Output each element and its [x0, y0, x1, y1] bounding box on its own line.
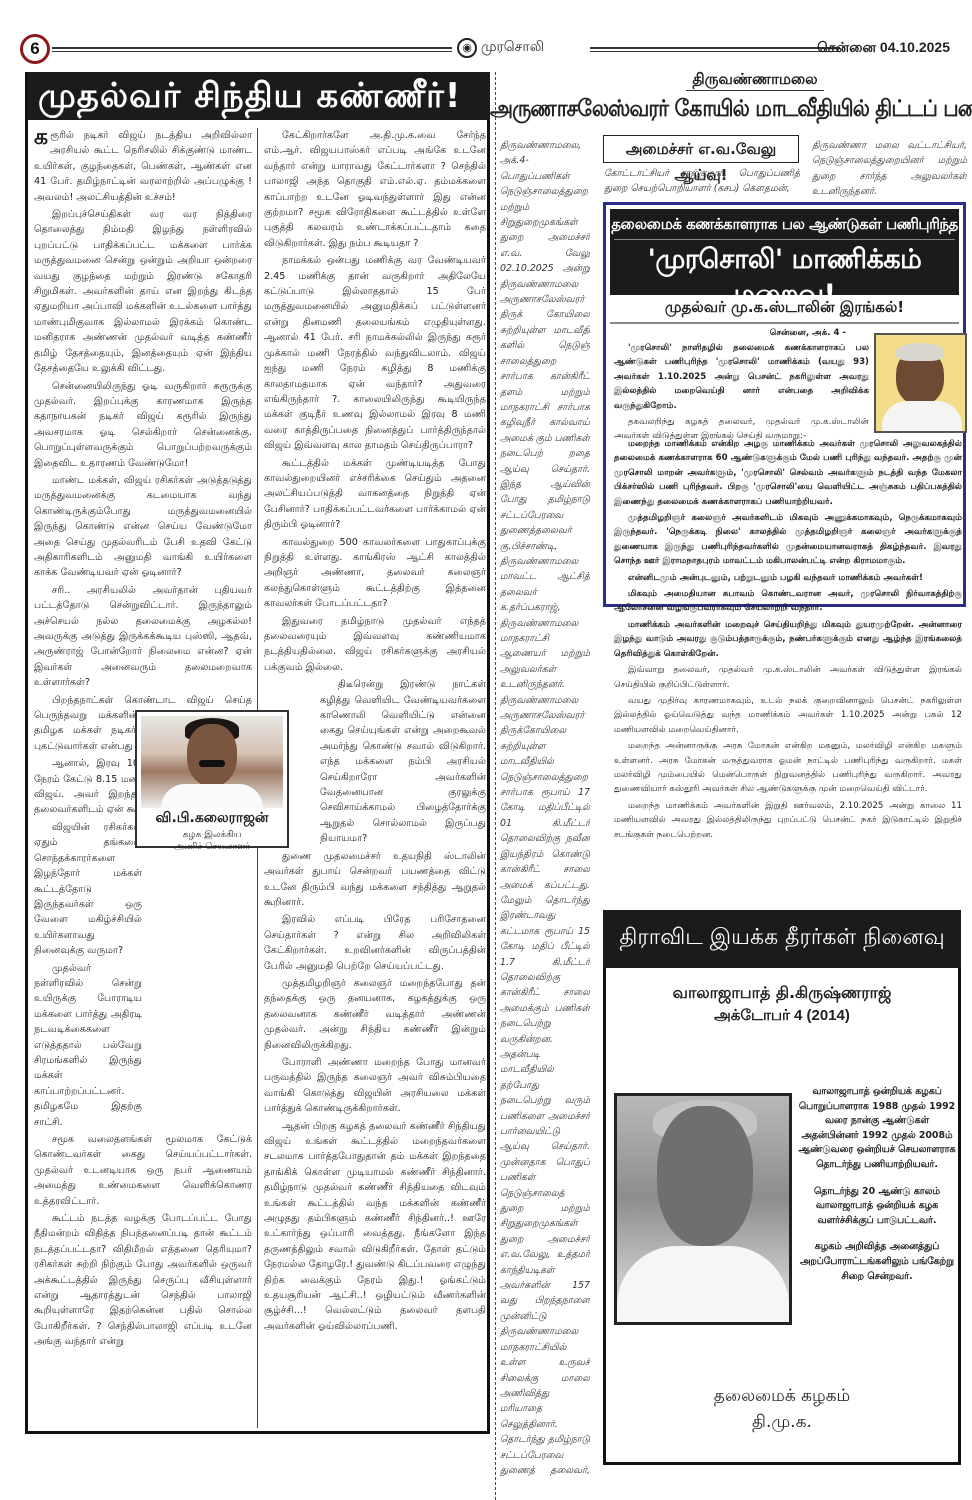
column-divider-dotted	[495, 72, 496, 1500]
paragraph: சென்னையிலிருந்து ஓடி வருகிறார் கரூருக்கு…	[34, 379, 252, 471]
paragraph: திடீரென்று இரண்டு நாட்கள் கழித்து வெளியி…	[264, 677, 486, 846]
paragraph: மாணிக்கம் அவர்களின் மறைவுச் செய்தியறிந்த…	[614, 618, 962, 661]
paragraph: இதுவரை தமிழ்நாடு முதல்வர் எந்தத் தலைவரைய…	[264, 614, 486, 676]
author-box: வி.பி.கலைராஜன் கழக இலக்கிய அணிச் செயலாளர…	[135, 710, 289, 848]
paragraph: மாண்ட மக்கள், விஜய் ரசிகர்கள் அடுத்தடுத்…	[34, 473, 252, 581]
obituary-intro: 'முரசொலி' நாளிதழில் தலைமைக் கணக்காளராகப்…	[614, 341, 869, 446]
paragraph: இரவில் எப்படி பிரேத பரிசோதனை செய்தார்கள்…	[264, 912, 486, 974]
paragraph: சமூக வலைதளங்கள் மூலமாக கேட்டுக் கொண்டவர்…	[34, 1132, 252, 1209]
remembrance-name: வாலாஜாபாத் தி.கிருஷ்ணராஜ்	[606, 983, 958, 1004]
paragraph: மறைந்த அன்னாருக்கு அரசு மோகன் என்கிற மகன…	[614, 739, 962, 797]
paragraph: 'முரசொலி' நாளிதழில் தலைமைக் கணக்காளராகப்…	[614, 341, 869, 413]
header-rule-left	[52, 47, 452, 52]
dateline: சென்னை 04.10.2025	[817, 39, 950, 58]
signature-line2: தி.மு.க.	[606, 1409, 958, 1435]
obituary-photo	[874, 333, 967, 433]
newspaper-page: 6 ◉ முரசொலி சென்னை 04.10.2025 முதல்வர் ச…	[0, 0, 972, 1500]
page-header: 6 ◉ முரசொலி சென்னை 04.10.2025	[20, 34, 950, 68]
remembrance-bio: வாலாஜாபாத் ஒன்றியக் கழகப் பொறுப்பாளராக 1…	[798, 1085, 956, 1296]
paragraph: மறைந்த மாணிக்கம் என்கிற அழகு மாணிக்கம் அ…	[614, 437, 962, 509]
obituary-body: மறைந்த மாணிக்கம் என்கிற அழகு மாணிக்கம் அ…	[614, 437, 962, 844]
masthead-title: முரசொலி	[481, 39, 544, 57]
obituary-banner: தலைமைக் கணக்காளராக பல ஆண்டுகள் பணிபுரிந்…	[610, 209, 959, 295]
paragraph: முத்தமிழறிஞர் கலைஞர் அவர்களிடம் மிகவும் …	[614, 511, 962, 569]
obituary-dateline: சென்னை, அக். 4 -	[686, 328, 846, 339]
paragraph: கழகம் அறிவித்த அனைத்துப் அறப்போராட்டங்கள…	[798, 1240, 956, 1284]
editorial-article: முதல்வர் சிந்திய கண்ணீர்! கரூரில் நடிகர்…	[25, 72, 490, 1434]
paragraph: முத்தமிழறிஞர் கலைஞர் மறைந்தபோது தன் தந்த…	[264, 976, 486, 1053]
remembrance-box: திராவிட இயக்க தீரர்கள் நினைவு நாள் வாலாஜ…	[603, 910, 961, 1465]
paragraph: ரூரில் நடிகர் விஜய் நடத்திய அறிவில்லா அர…	[34, 130, 252, 203]
paragraph: ஆதன் பிறகு கழகத் தலைவர் கண்ணீர் சிந்தியத…	[264, 1119, 486, 1335]
dropcap: க	[34, 128, 48, 146]
paragraph: மிகவும் அமைதியான சுபாவம் கொண்டவரான அவர்,…	[614, 587, 962, 616]
header-rule-right	[590, 47, 840, 52]
paragraph: நாமக்கல் ஒன்பது மணிக்கு வர வேண்டியவர் 2.…	[264, 253, 486, 453]
paragraph: காவல்துறை 500 காவலர்களை பாதுகாப்புக்கு ந…	[264, 535, 486, 612]
paragraph: என்னிடமும் அன்புடனும், பற்றுடனும் பழகி வ…	[614, 571, 962, 585]
paragraph: முதல்வர் நள்ளிரவில் சென்று உயிருக்கு போர…	[34, 961, 252, 1130]
page-number: 6	[20, 34, 50, 64]
paragraph: போராளி அண்ணா மறைந்த போது மானவர் பருவத்தி…	[264, 1055, 486, 1117]
article-column-c: திருவண்ணா மலை வட்டாட்சியர், நெடுஞ்சாலைத்…	[812, 138, 967, 198]
obituary-banner-line1: தலைமைக் கணக்காளராக பல ஆண்டுகள் பணிபுரிந்…	[610, 209, 959, 235]
article-column-b: கோட்டாட்சியர் ராஜ்குமார், பொதுப்பணித் து…	[604, 166, 800, 200]
paragraph: இறப்புச்செய்திகள் வர வர நித்திரை தொலைத்த…	[34, 207, 252, 376]
paragraph: வாலாஜாபாத் ஒன்றியக் கழகப் பொறுப்பாளராக 1…	[798, 1085, 956, 1173]
paragraph: கூட்டம் நடத்த வழக்கு போடப்பட்ட போது நீதி…	[34, 1211, 252, 1350]
article-headline: அருணாசலேஸ்வரர் கோயில் மாடவீதியில் திட்டப…	[490, 96, 924, 125]
remembrance-photo	[614, 1093, 792, 1325]
author-name: வி.பி.கலைராஜன்	[137, 810, 287, 828]
kicker-text: திருவண்ணாமலை	[686, 70, 823, 91]
author-role-line2: அணிச் செயலாளர்	[137, 842, 287, 853]
masthead: ◉ முரசொலி	[457, 38, 544, 58]
signature-line1: தலைமைக் கழகம்	[606, 1383, 958, 1409]
paragraph: கூட்டத்தில் மக்கள் முண்டியடித்த போது காவ…	[264, 456, 486, 533]
editorial-column-2: கேட்கிறார்களே அ.தி.மு.க.வை சேர்ந்த எம்.ஆ…	[264, 128, 486, 1428]
article-subhead: அமைச்சர் எ.வ.வேலு ஆய்வு!	[603, 135, 799, 163]
obituary-subhead: முதல்வர் மு.க.ஸ்டாலின் இரங்கல்!	[610, 298, 959, 324]
remembrance-banner: திராவிட இயக்க தீரர்கள் நினைவு நாள்	[603, 910, 961, 968]
article-kicker: திருவண்ணாமலை	[540, 70, 970, 90]
paragraph: மறைந்த மாணிக்கம் அவர்களின் இறுதி ஊர்வலம்…	[614, 799, 962, 842]
paragraph: சரி.. அரசியலில் அவர்தான் புதியவர் பட்டத்…	[34, 583, 252, 691]
author-photo	[141, 716, 283, 808]
murasoli-drum-logo-icon: ◉	[457, 38, 477, 58]
author-role-line1: கழக இலக்கிய	[137, 830, 287, 841]
paragraph: இவ்வாறு தலைவர், முதல்வர் மு.க.ஸ்டாலின் அ…	[614, 663, 962, 692]
article-column-a: திருவண்ணாமலை, அக்.4- பொதுப்பணிகள் நெடுஞ்…	[500, 138, 590, 1478]
paragraph: தொடர்ந்து 20 ஆண்டு காலம் வாலாஜாபாத் ஒன்ற…	[798, 1185, 956, 1229]
paragraph: வயது முதிர்வு காரணமாகவும், உடல் நலக் குற…	[614, 694, 962, 737]
editorial-title: முதல்வர் சிந்திய கண்ணீர்!	[28, 72, 490, 120]
paragraph: துணை முதலமைச்சர் உதயநிதி ஸ்டாலின் அவர்கள…	[264, 849, 486, 911]
paragraph: கேட்கிறார்களே அ.தி.மு.க.வை சேர்ந்த எம்.ஆ…	[264, 128, 486, 251]
remembrance-signature: தலைமைக் கழகம் தி.மு.க.	[606, 1383, 958, 1435]
obituary-box: தலைமைக் கணக்காளராக பல ஆண்டுகள் பணிபுரிந்…	[603, 202, 966, 607]
remembrance-date: அக்டோபர் 4 (2014)	[606, 1007, 958, 1026]
